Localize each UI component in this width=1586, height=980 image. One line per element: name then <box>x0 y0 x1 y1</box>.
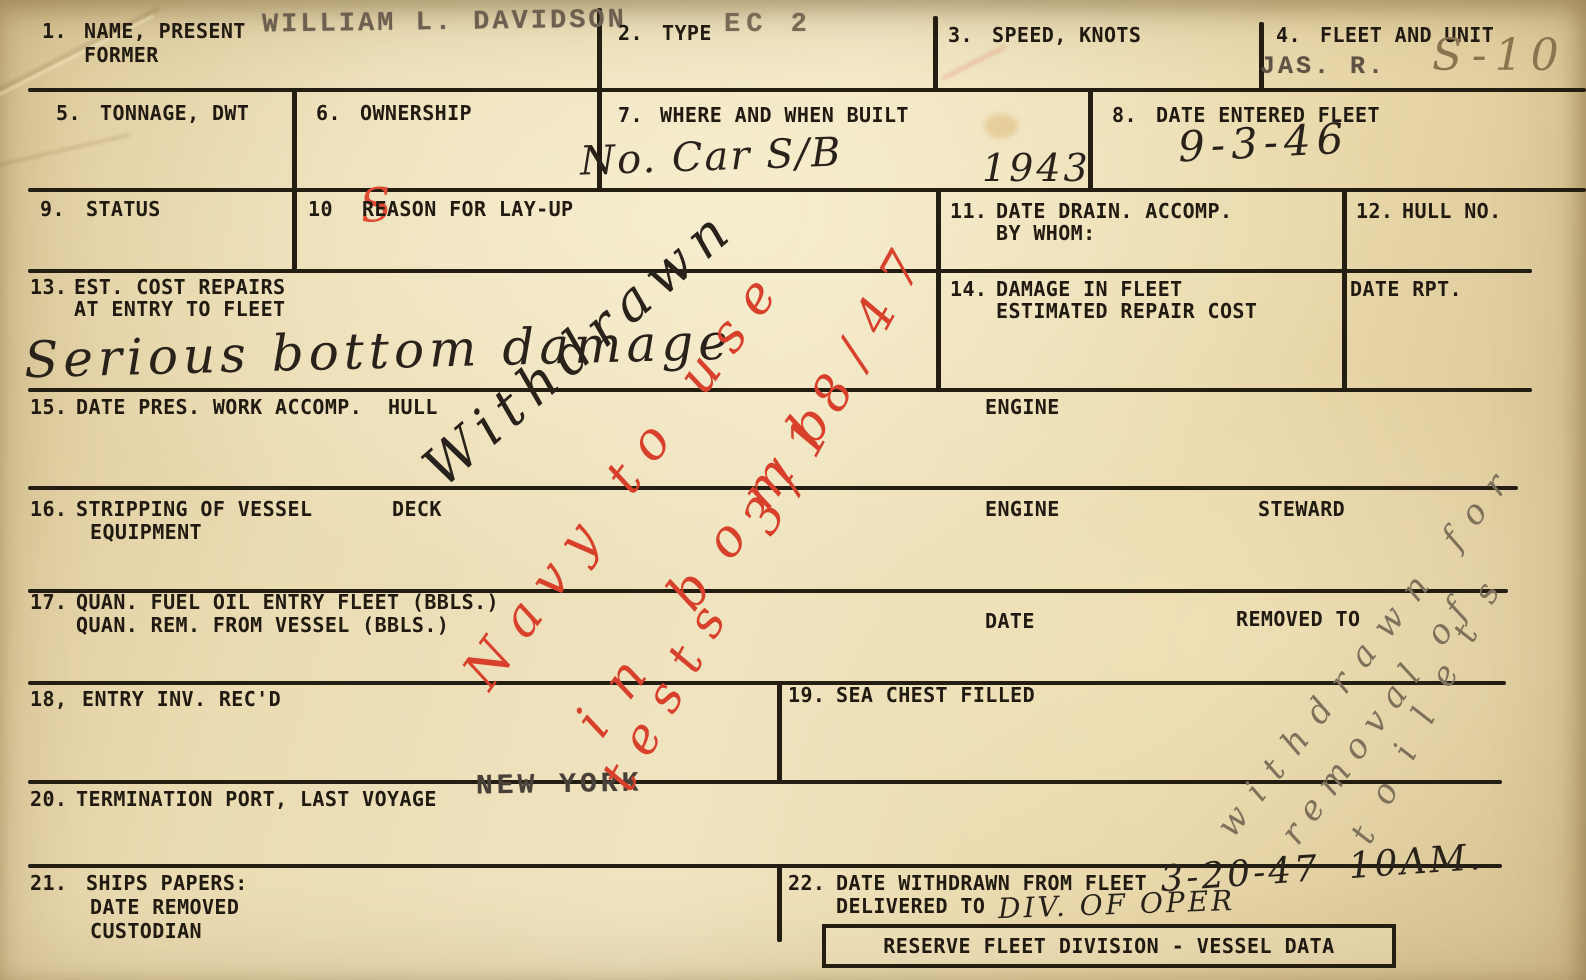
field-11-number: 11. <box>950 200 987 223</box>
field-2-label: TYPE <box>662 22 712 45</box>
grid-hline-row1 <box>28 88 1586 92</box>
field-15-engine-label: ENGINE <box>985 396 1060 419</box>
field-17-label-line2: QUAN. REM. FROM VESSEL (BBLS.) <box>76 614 449 637</box>
grid-hline-row2 <box>28 188 1586 192</box>
field-12-number: 12. <box>1356 200 1393 223</box>
field-6-label: OWNERSHIP <box>360 102 472 125</box>
field-17-number: 17. <box>30 591 67 614</box>
paper-crease <box>0 133 130 170</box>
grid-vline-5-6 <box>292 88 297 190</box>
field-21-label-line2: DATE REMOVED <box>90 896 239 919</box>
field-22-number: 22. <box>788 872 825 895</box>
field-16-engine-label: ENGINE <box>985 498 1060 521</box>
field-1-label: NAME, PRESENT <box>84 20 246 43</box>
field-16-steward-label: STEWARD <box>1258 498 1345 521</box>
field-6-number: 6. <box>316 102 341 125</box>
field-19-label: SEA CHEST FILLED <box>836 684 1035 707</box>
field-13-label-line2: AT ENTRY TO FLEET <box>74 298 286 321</box>
field-14-label-line2: ESTIMATED REPAIR COST <box>996 300 1257 323</box>
field-15-hull-label: HULL <box>388 396 438 419</box>
field-7-value-handwritten: No. Car S/B <box>579 129 843 184</box>
field-12-label: HULL NO. <box>1402 200 1502 223</box>
grid-hline-row4 <box>28 388 1532 392</box>
field-9-number: 9. <box>40 198 65 221</box>
vessel-data-card: 1. NAME, PRESENT FORMER WILLIAM L. DAVID… <box>0 0 1586 980</box>
field-4-unit-handwritten: S-10 <box>1432 30 1567 81</box>
field-16-label-line2: EQUIPMENT <box>90 521 202 544</box>
field-16-label: STRIPPING OF VESSEL <box>76 498 312 521</box>
field-15-number: 15. <box>30 396 67 419</box>
field-17-removed-to-label: REMOVED TO <box>1236 608 1360 631</box>
grid-vline-21-22 <box>777 864 782 942</box>
field-22-delivered-handwritten: DIV. OF OPER <box>997 884 1235 925</box>
field-19-number: 19. <box>788 684 825 707</box>
field-14-number: 14. <box>950 278 987 301</box>
field-20-number: 20. <box>30 788 67 811</box>
field-7-number: 7. <box>618 104 643 127</box>
grid-vline-18-19 <box>777 681 782 782</box>
field-1-number: 1. <box>42 20 67 43</box>
grid-hline-row7 <box>28 681 1506 685</box>
field-14-label: DAMAGE IN FLEET <box>996 278 1183 301</box>
field-2-value-stamp: EC 2 <box>724 10 813 40</box>
field-4-number: 4. <box>1276 24 1301 47</box>
grid-vline-2-3 <box>933 16 938 90</box>
field-3-label: SPEED, KNOTS <box>992 24 1141 47</box>
field-13-number: 13. <box>30 276 67 299</box>
field-22-label-line2: DELIVERED TO <box>836 895 985 918</box>
field-5-label: TONNAGE, DWT <box>100 102 249 125</box>
field-1-label-line2: FORMER <box>84 44 159 67</box>
grid-vline-10-11 <box>936 188 941 390</box>
field-2-number: 2. <box>618 22 643 45</box>
grid-vline-9-10 <box>292 188 297 271</box>
paper-stain <box>984 114 1018 138</box>
reserve-fleet-title: RESERVE FLEET DIVISION - VESSEL DATA <box>826 928 1392 964</box>
field-7-label: WHERE AND WHEN BUILT <box>660 104 909 127</box>
field-3-number: 3. <box>948 24 973 47</box>
field-18-number: 18, <box>30 688 67 711</box>
field-10-label: REASON FOR LAY-UP <box>362 198 574 221</box>
field-5-number: 5. <box>56 102 81 125</box>
field-4-fleet-stamp: JAS. R. <box>1260 52 1386 81</box>
field-17-label: QUAN. FUEL OIL ENTRY FLEET (BBLS.) <box>76 591 499 614</box>
field-13-label: EST. COST REPAIRS <box>74 276 286 299</box>
field-16-number: 16. <box>30 498 67 521</box>
grid-hline-row3 <box>28 269 1532 273</box>
date-rpt-label: DATE RPT. <box>1350 278 1462 301</box>
field-11-label-line2: BY WHOM: <box>996 222 1096 245</box>
field-9-label: STATUS <box>86 198 161 221</box>
field-8-number: 8. <box>1112 104 1137 127</box>
reserve-fleet-title-box: RESERVE FLEET DIVISION - VESSEL DATA <box>822 924 1396 968</box>
field-18-label: ENTRY INV. REC'D <box>82 688 281 711</box>
field-21-number: 21. <box>30 872 67 895</box>
grid-vline-11-12 <box>1342 188 1347 390</box>
field-7-year-handwritten: 1943 <box>982 146 1091 190</box>
field-10-number: 10 <box>308 198 333 221</box>
field-16-deck-label: DECK <box>392 498 442 521</box>
field-11-label: DATE DRAIN. ACCOMP. <box>996 200 1232 223</box>
paper-smudge <box>941 44 1007 81</box>
field-8-value-handwritten: 9-3-46 <box>1177 114 1351 172</box>
field-1-value-stamp: WILLIAM L. DAVIDSON <box>262 5 627 40</box>
field-21-label-line3: CUSTODIAN <box>90 920 202 943</box>
field-15-label: DATE PRES. WORK ACCOMP. <box>76 396 362 419</box>
field-20-label: TERMINATION PORT, LAST VOYAGE <box>76 788 437 811</box>
field-17-date-label: DATE <box>985 610 1035 633</box>
field-21-label: SHIPS PAPERS: <box>86 872 248 895</box>
